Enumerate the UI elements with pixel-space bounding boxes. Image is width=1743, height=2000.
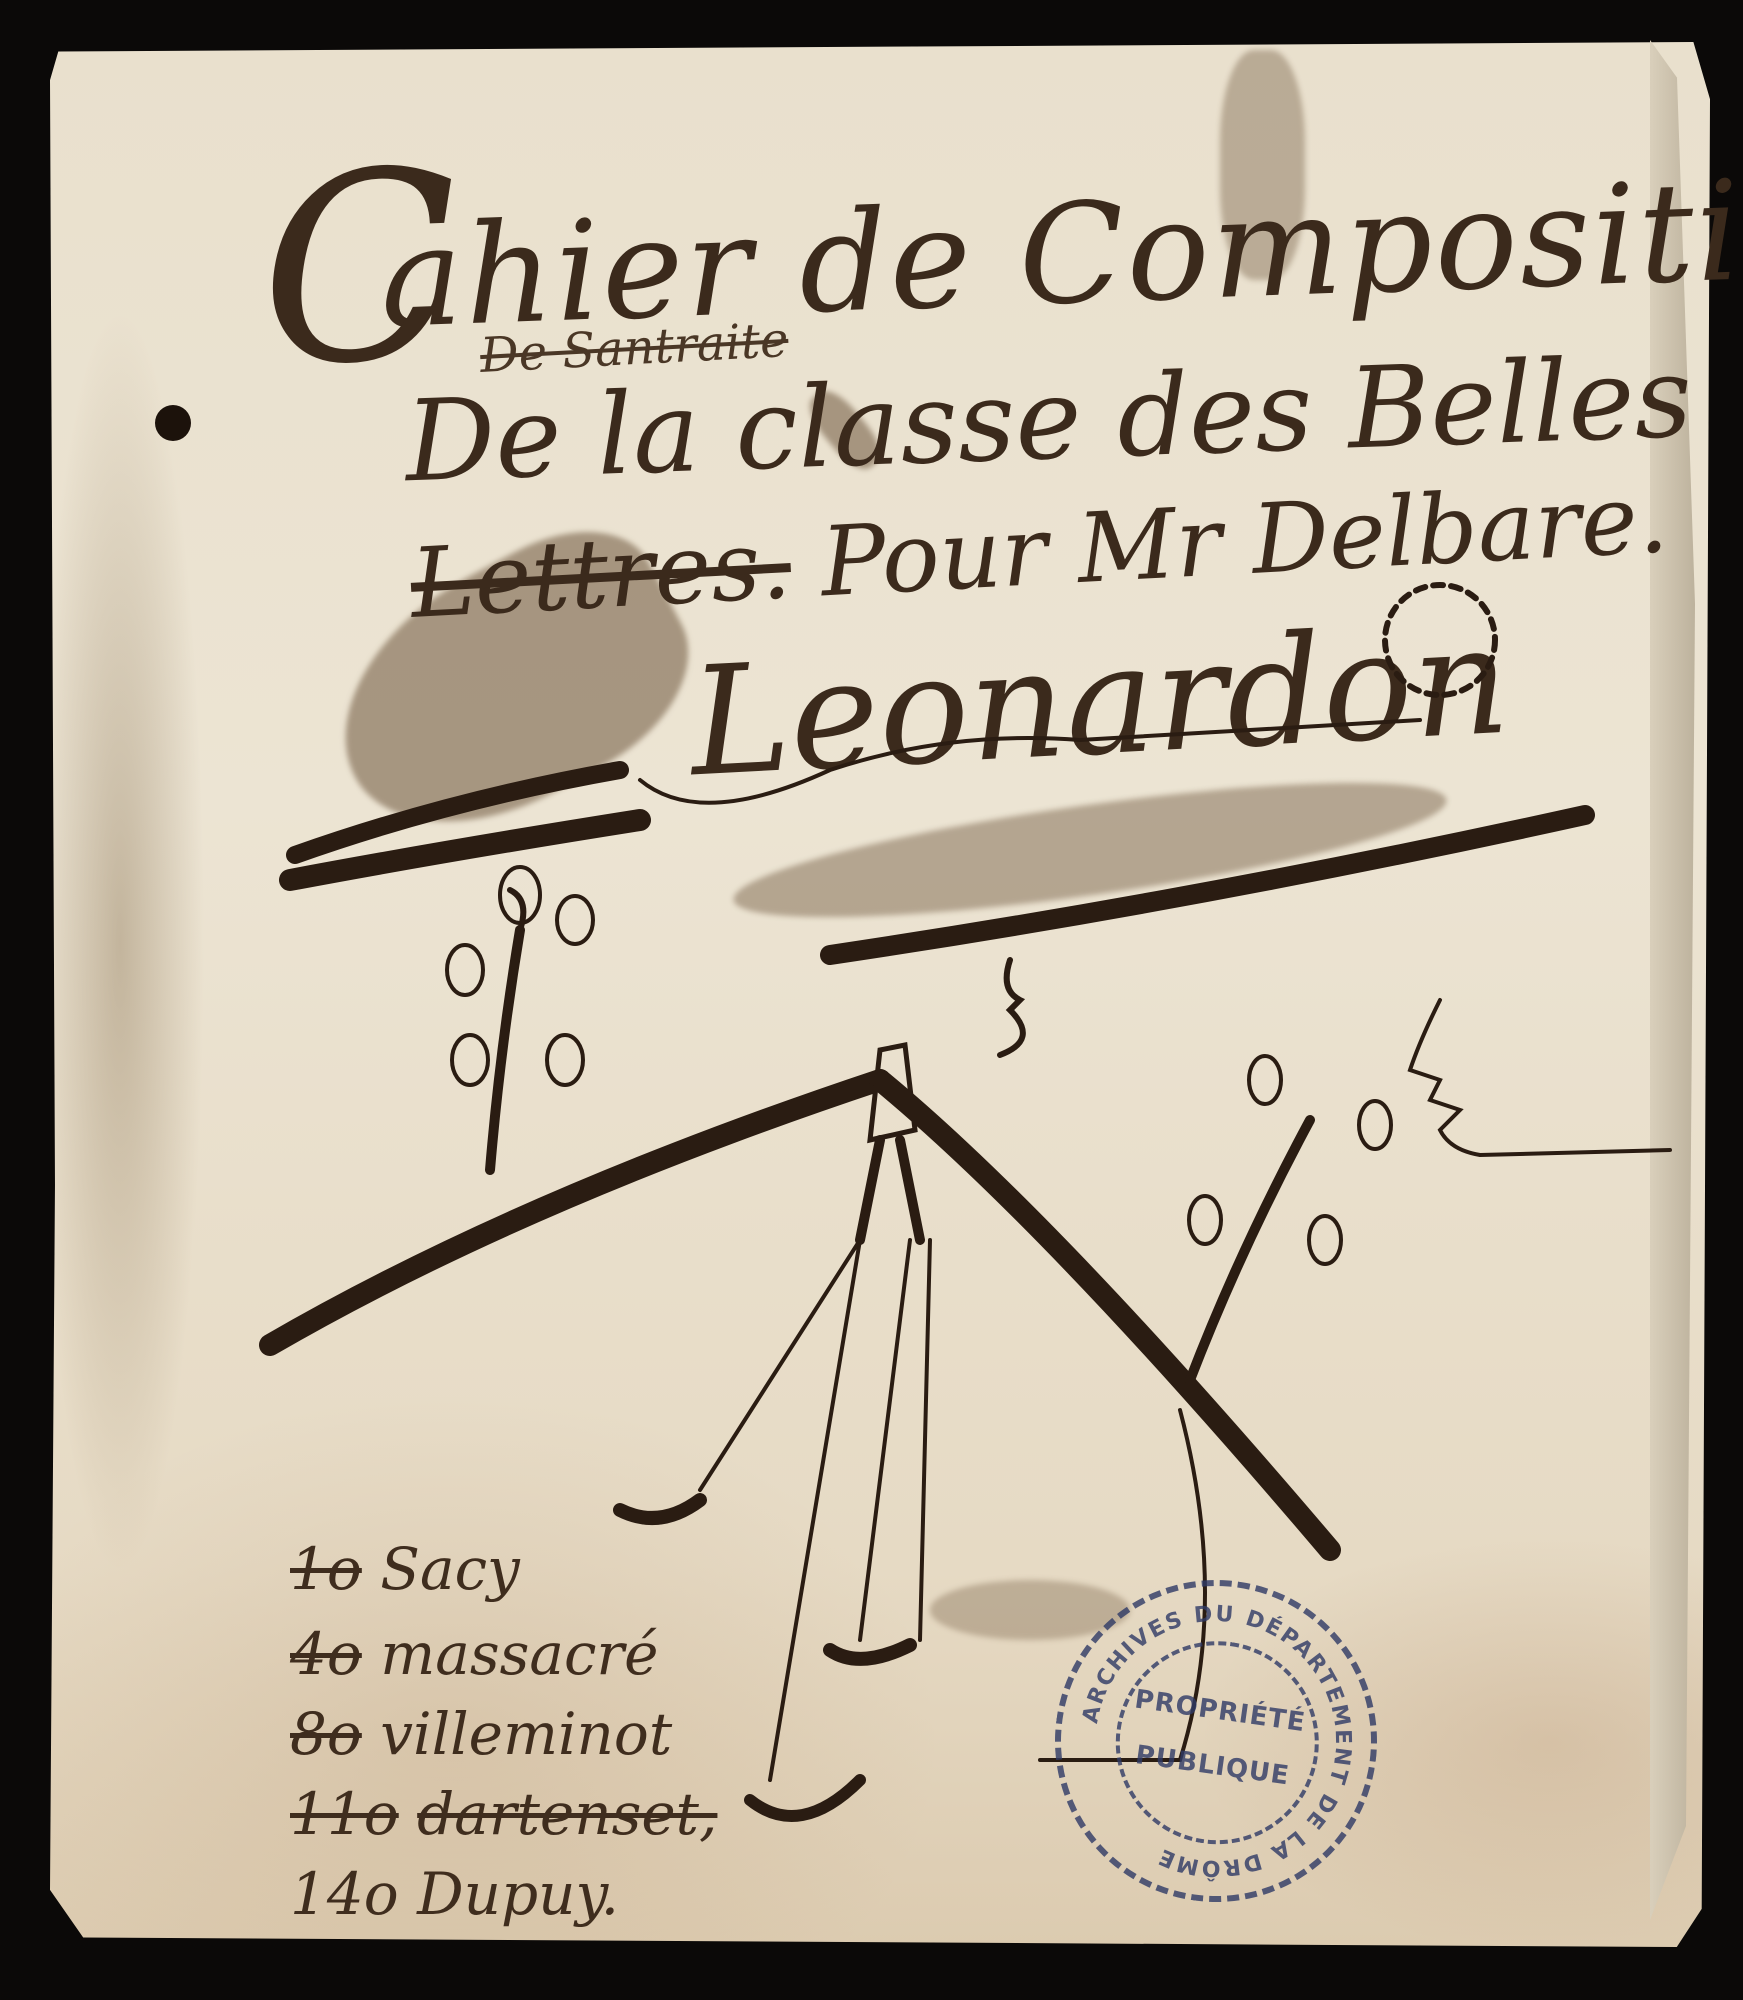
ink-blot	[155, 405, 191, 441]
list-item: 8o villeminot	[290, 1700, 672, 1768]
list-item: 11o dartenset,	[290, 1780, 717, 1848]
title-lettres: Lettres.	[408, 508, 794, 640]
list-item: 14o Dupuy.	[290, 1860, 619, 1928]
list-item: 4o massacré	[290, 1620, 658, 1688]
list-item: 1o Sacy	[290, 1535, 520, 1603]
archive-stamp: ARCHIVES DU DÉPARTEMENT DE LA DRÔME PROP…	[1034, 1559, 1398, 1923]
